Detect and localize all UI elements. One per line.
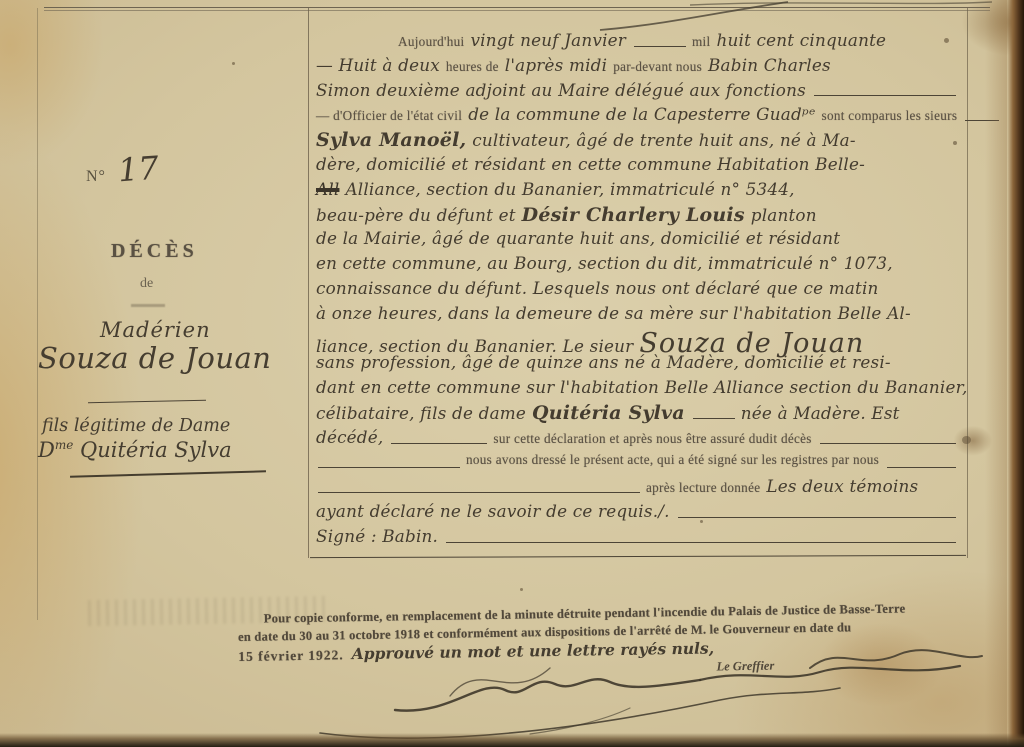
handwritten-text: dant en cette commune sur l'habitation B…: [316, 377, 968, 397]
previous-record-flourish: [540, 0, 1000, 32]
acte-line: AllAlliance, section du Bananier, immatr…: [316, 179, 962, 204]
acte-line: beau-père du défunt etDésir Charlery Lou…: [316, 204, 962, 229]
paper-speck: [700, 520, 703, 523]
handwritten-text: Quitéria Sylva: [532, 402, 685, 424]
acte-line: — Huit à deuxheures del'après midipar-de…: [316, 55, 962, 80]
handwritten-text: cultivateur, âgé de trente huit ans, né …: [472, 130, 855, 150]
handwritten-text: connaissance du défunt. Lesquels nous on…: [316, 278, 879, 298]
rule-filler: [318, 492, 640, 493]
acte-line: nous avons dressé le présent acte, qui a…: [316, 452, 962, 477]
handwritten-text: de la commune de la Capesterre Guadᵖᵉ: [468, 104, 815, 124]
margin-underline-double: [70, 470, 266, 477]
filiation-line: fils légitime de Dame: [42, 416, 230, 436]
margin-underline: [88, 400, 206, 403]
acte-line: Signé : Babin.: [316, 526, 962, 551]
acte-line: Simon deuxième adjoint au Maire délégué …: [316, 80, 962, 105]
page-right-edge: [1007, 0, 1024, 747]
death-record-scan: N° 17 DÉCÈS de Madérien Souza de Jouan f…: [0, 0, 1024, 747]
acte-line: ayant déclaré ne le savoir de ce requis.…: [316, 501, 962, 526]
printed-text: par-devant nous: [613, 59, 702, 75]
closing-rule: [310, 555, 966, 558]
handwritten-text: Les deux témoins: [766, 476, 918, 496]
rule-filler: [814, 95, 956, 96]
handwritten-text: célibataire, fils de dame: [316, 403, 526, 423]
right-margin-rule: [967, 8, 968, 558]
greffier-label: Le Greffier: [716, 659, 774, 675]
handwritten-text: ayant déclaré ne le savoir de ce requis.…: [316, 501, 670, 521]
printed-text: — d'Officier de l'état civil: [316, 108, 462, 124]
certification-footer: Pour copie conforme, en remplacement de …: [238, 598, 999, 666]
paper-speck: [953, 141, 957, 145]
rule-filler: [820, 443, 956, 444]
ink-smudge: [131, 304, 165, 307]
acte-line: décédé,sur cette déclaration et après no…: [316, 427, 962, 452]
mother-honorific: D: [38, 438, 55, 462]
rule-filler: [446, 542, 956, 543]
acte-line: en cette commune, au Bourg, section du d…: [316, 253, 962, 278]
handwritten-text: l'après midi: [505, 55, 607, 75]
acte-line: à onze heures, dans la demeure de sa mèr…: [316, 303, 962, 328]
acte-line: sans profession, âgé de quinze ans né à …: [316, 352, 962, 377]
paper-speck: [962, 436, 971, 444]
mother-name-line: Dme Quitéria Sylva: [38, 438, 232, 462]
paper-speck: [520, 588, 523, 591]
handwritten-text: née à Madère. Est: [741, 403, 900, 423]
handwritten-text: Simon deuxième adjoint au Maire délégué …: [316, 80, 806, 100]
mother-honorific-sup: me: [55, 438, 73, 452]
paper-speck: [944, 38, 949, 43]
printed-text: après lecture donnée: [646, 480, 760, 496]
handwritten-text: dère, domicilié et résidant en cette com…: [316, 154, 865, 174]
page-bottom-edge: [0, 733, 1024, 747]
rule-filler: [887, 467, 956, 468]
acte-line: célibataire, fils de dameQuitéria Sylvan…: [316, 402, 962, 427]
handwritten-text: de la Mairie, âgé de quarante huit ans, …: [316, 228, 840, 248]
stamp-date: 15 février 1922.: [238, 646, 344, 666]
handwritten-text: vingt neuf Janvier: [470, 30, 626, 50]
acte-line: — d'Officier de l'état civilde la commun…: [316, 104, 962, 129]
rule-filler: [693, 418, 735, 419]
handwritten-text: Sylva Manoël,: [316, 129, 466, 151]
printed-text: sont comparus les sieurs: [822, 108, 958, 124]
record-number-value: 17: [117, 149, 160, 190]
acte-line: dant en cette commune sur l'habitation B…: [316, 377, 962, 402]
handwritten-text: décédé,: [316, 427, 383, 447]
paper-speck: [232, 62, 235, 65]
printed-text: nous avons dressé le présent acte, qui a…: [466, 452, 879, 468]
rule-filler: [318, 467, 460, 468]
printed-text: sur cette déclaration et après nous être…: [493, 431, 811, 447]
printed-text: Aujourd'hui: [398, 34, 464, 50]
handwritten-text: huit cent cinquante: [717, 30, 887, 50]
handwritten-text: Signé : Babin.: [316, 526, 438, 546]
mother-name: Quitéria Sylva: [80, 438, 232, 462]
deceased-name-line2: Souza de Jouan: [38, 341, 271, 375]
acte-line: après lecture donnéeLes deux témoins: [316, 476, 962, 501]
record-type-subtitle: de: [140, 276, 153, 292]
acte-line: Aujourd'huivingt neuf Janviermilhuit cen…: [316, 30, 962, 55]
handwritten-text: sans profession, âgé de quinze ans né à …: [316, 352, 891, 372]
rule-filler: [391, 443, 487, 444]
handwritten-text: — Huit à deux: [316, 55, 440, 75]
acte-line: de la Mairie, âgé de quarante huit ans, …: [316, 228, 962, 253]
handwritten-text: All: [316, 179, 339, 199]
record-type-title: DÉCÈS: [111, 240, 198, 263]
handwritten-text: Alliance, section du Bananier, immatricu…: [345, 179, 794, 199]
handwritten-text: beau-père du défunt et: [316, 205, 516, 225]
handwritten-text: Désir Charlery Louis: [522, 204, 745, 226]
margin-column: N° 17 DÉCÈS de Madérien Souza de Jouan f…: [38, 8, 308, 608]
margin-divider-rule: [308, 8, 309, 558]
acte-line: liance, section du Bananier. Le sieurSou…: [316, 328, 962, 353]
printed-text: mil: [692, 34, 711, 50]
record-number-label: N°: [86, 168, 106, 186]
handwritten-text: en cette commune, au Bourg, section du d…: [316, 253, 893, 273]
rule-filler: [678, 517, 956, 518]
handwritten-text: Babin Charles: [708, 55, 831, 75]
printed-text: heures de: [446, 59, 499, 75]
page-edge-shadow: [985, 0, 1007, 747]
acte-line: Sylva Manoël,cultivateur, âgé de trente …: [316, 129, 962, 154]
acte-body: Aujourd'huivingt neuf Janviermilhuit cen…: [316, 30, 962, 551]
handwritten-text: à onze heures, dans la demeure de sa mèr…: [316, 303, 911, 323]
ink-bleedthrough: [88, 596, 328, 626]
acte-line: dère, domicilié et résidant en cette com…: [316, 154, 962, 179]
rule-filler: [634, 46, 686, 47]
acte-line: connaissance du défunt. Lesquels nous on…: [316, 278, 962, 303]
deceased-name-line1: Madérien: [100, 318, 211, 342]
handwritten-text: planton: [751, 205, 817, 225]
